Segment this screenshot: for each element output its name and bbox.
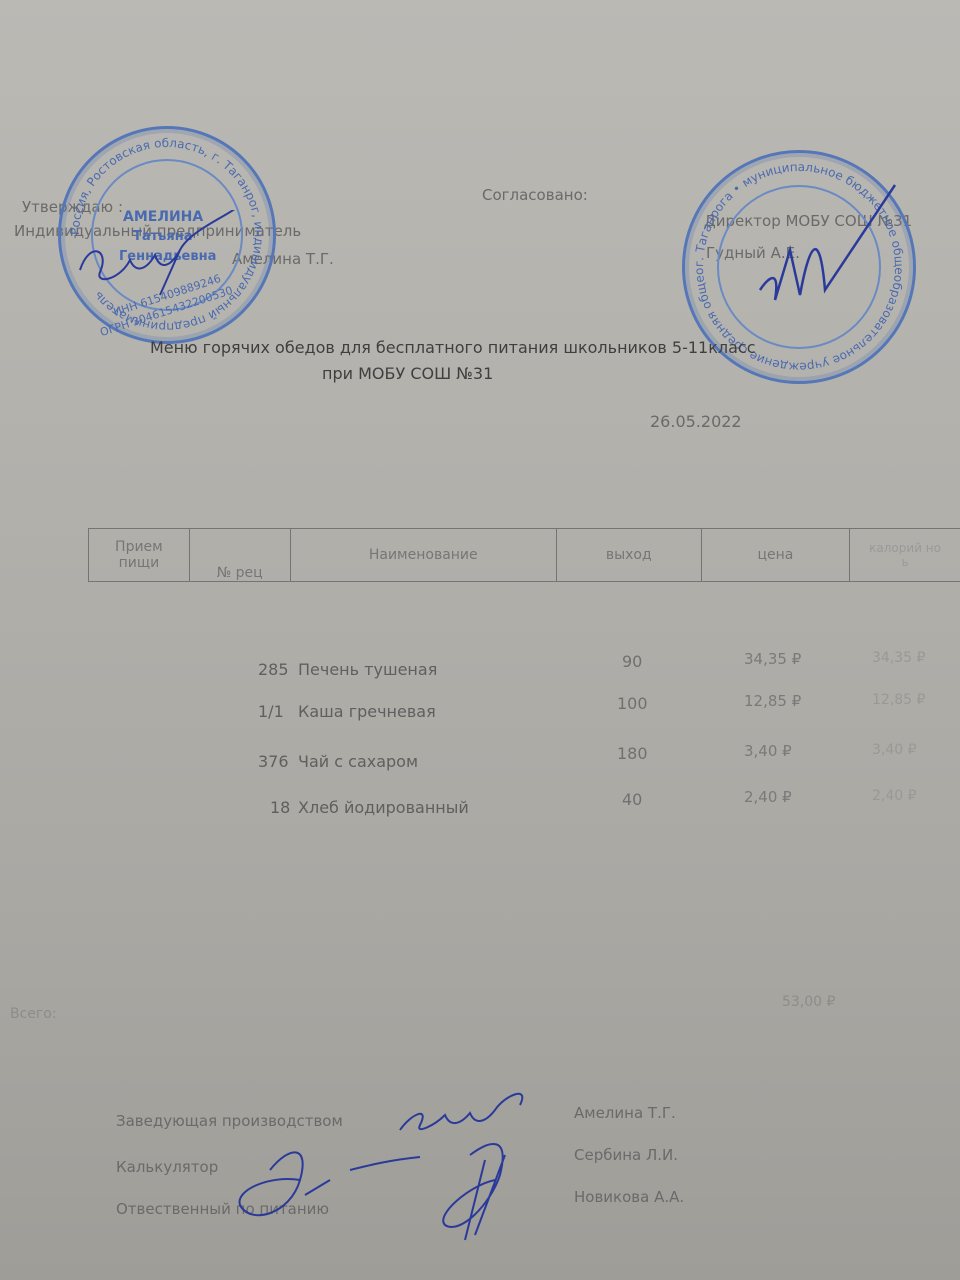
header-meal: Приемпищи bbox=[89, 529, 190, 582]
director-signature bbox=[750, 180, 910, 310]
signature-name-calculator: Сербина Л.И. bbox=[574, 1146, 678, 1164]
handwritten-signatures bbox=[230, 1085, 560, 1255]
total-label: Всего: bbox=[10, 1006, 57, 1022]
signature-name-responsible: Новикова А.А. bbox=[574, 1188, 684, 1206]
menu-table-header: Приемпищи № рец Наименование выход цена … bbox=[88, 528, 960, 582]
signature-role-calculator: Калькулятор bbox=[116, 1158, 218, 1176]
document-page: Утверждаю : Индивидуальный предпринимате… bbox=[0, 0, 960, 1280]
row-recipe-number: 1/1 bbox=[258, 702, 284, 721]
row-recipe-number: 285 bbox=[258, 660, 289, 679]
header-name: Наименование bbox=[290, 529, 556, 582]
approver-signature bbox=[70, 210, 260, 300]
header-recipe: № рец bbox=[189, 529, 290, 582]
row-price: 12,85 ₽ bbox=[744, 692, 801, 710]
row-total: 3,40 ₽ bbox=[872, 742, 917, 758]
row-yield: 90 bbox=[622, 652, 642, 671]
row-recipe-number: 376 bbox=[258, 752, 289, 771]
row-total: 34,35 ₽ bbox=[872, 650, 925, 666]
signature-name-production: Амелина Т.Г. bbox=[574, 1104, 676, 1122]
row-yield: 40 bbox=[622, 790, 642, 809]
row-price: 34,35 ₽ bbox=[744, 650, 801, 668]
row-yield: 100 bbox=[617, 694, 648, 713]
menu-title: Меню горячих обедов для бесплатного пита… bbox=[150, 338, 756, 357]
menu-subtitle: при МОБУ СОШ №31 bbox=[322, 364, 493, 383]
row-yield: 180 bbox=[617, 744, 648, 763]
row-dish-name: Чай с сахаром bbox=[298, 752, 418, 771]
row-dish-name: Каша гречневая bbox=[298, 702, 436, 721]
header-calories: калорий ноь bbox=[850, 529, 960, 582]
agreed-label: Согласовано: bbox=[482, 186, 588, 204]
header-yield: выход bbox=[556, 529, 701, 582]
row-dish-name: Хлеб йодированный bbox=[298, 798, 469, 817]
row-dish-name: Печень тушеная bbox=[298, 660, 437, 679]
row-total: 12,85 ₽ bbox=[872, 692, 925, 708]
row-price: 3,40 ₽ bbox=[744, 742, 792, 760]
header-price: цена bbox=[701, 529, 850, 582]
menu-date: 26.05.2022 bbox=[650, 412, 742, 431]
total-value: 53,00 ₽ bbox=[782, 994, 835, 1010]
row-total: 2,40 ₽ bbox=[872, 788, 917, 804]
row-recipe-number: 18 bbox=[270, 798, 290, 817]
row-price: 2,40 ₽ bbox=[744, 788, 792, 806]
